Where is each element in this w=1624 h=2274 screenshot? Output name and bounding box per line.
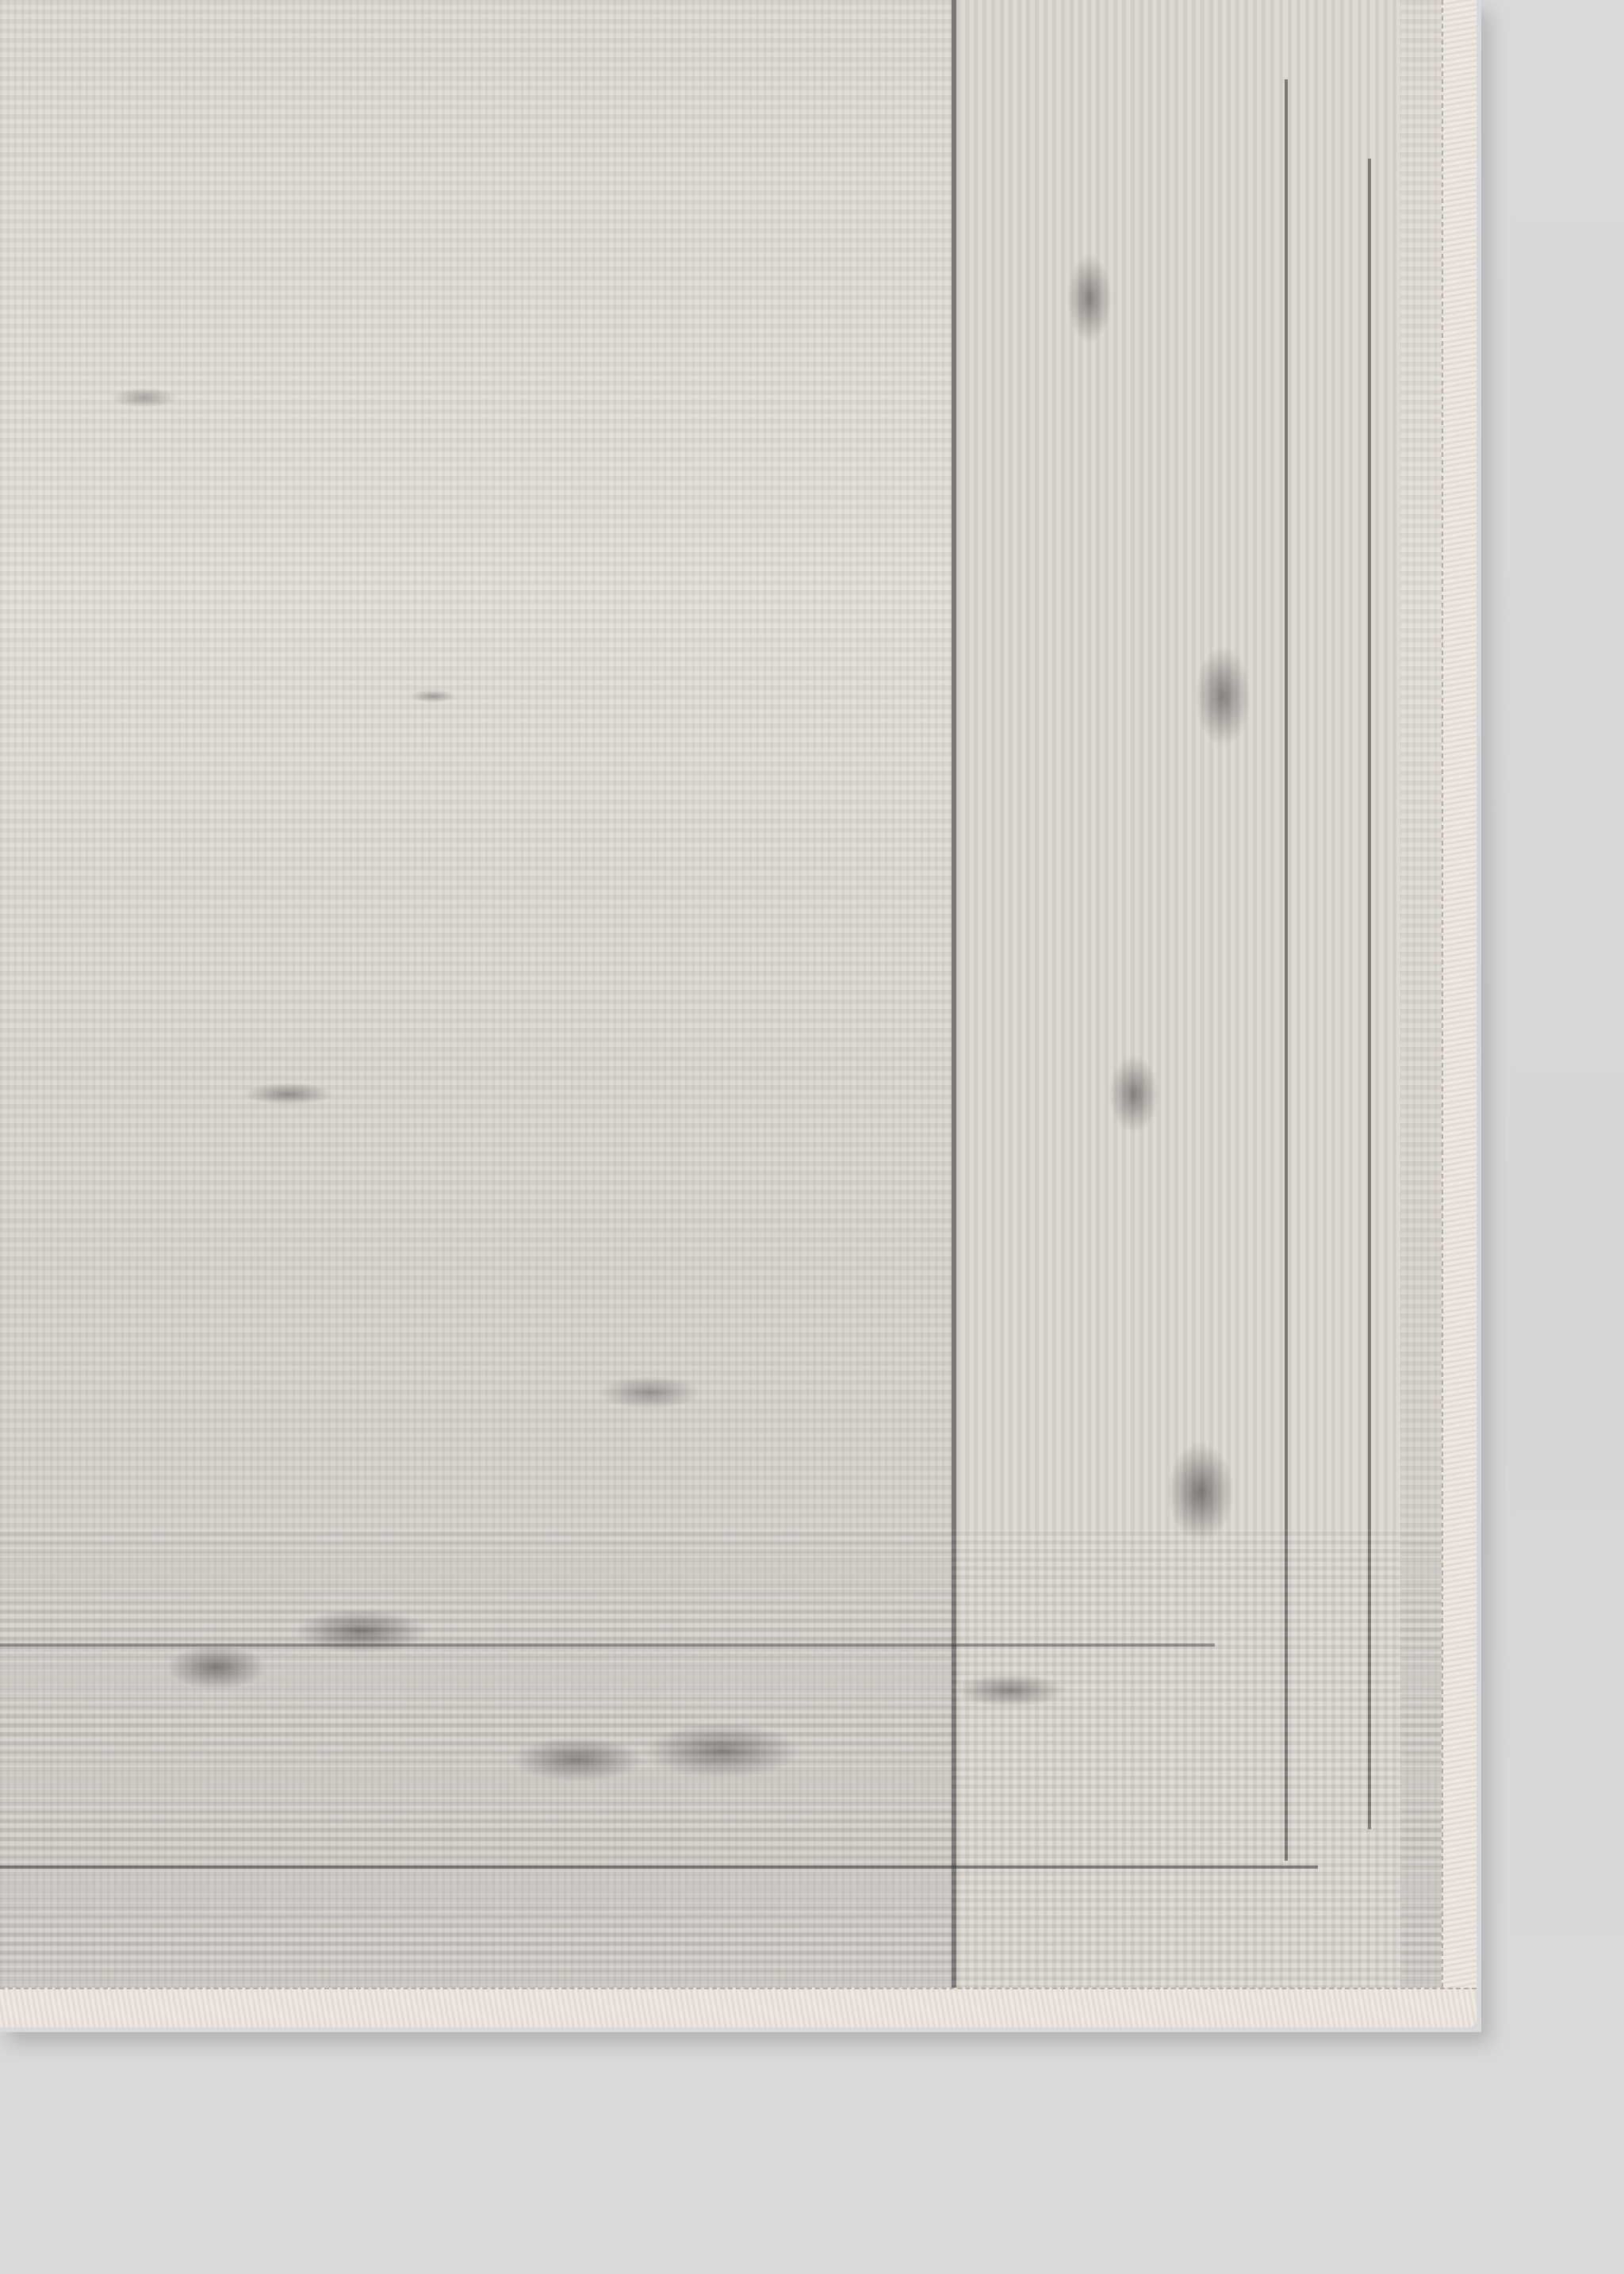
rug-bottom-border [0,1529,1443,1989]
rug-binding-right [1442,0,1477,2027]
bottom-border-line-outer [0,1866,1318,1869]
rug-corner [0,0,1477,2027]
rug-binding-bottom [0,1988,1477,2027]
bottom-border-line-inner [0,1643,1215,1647]
